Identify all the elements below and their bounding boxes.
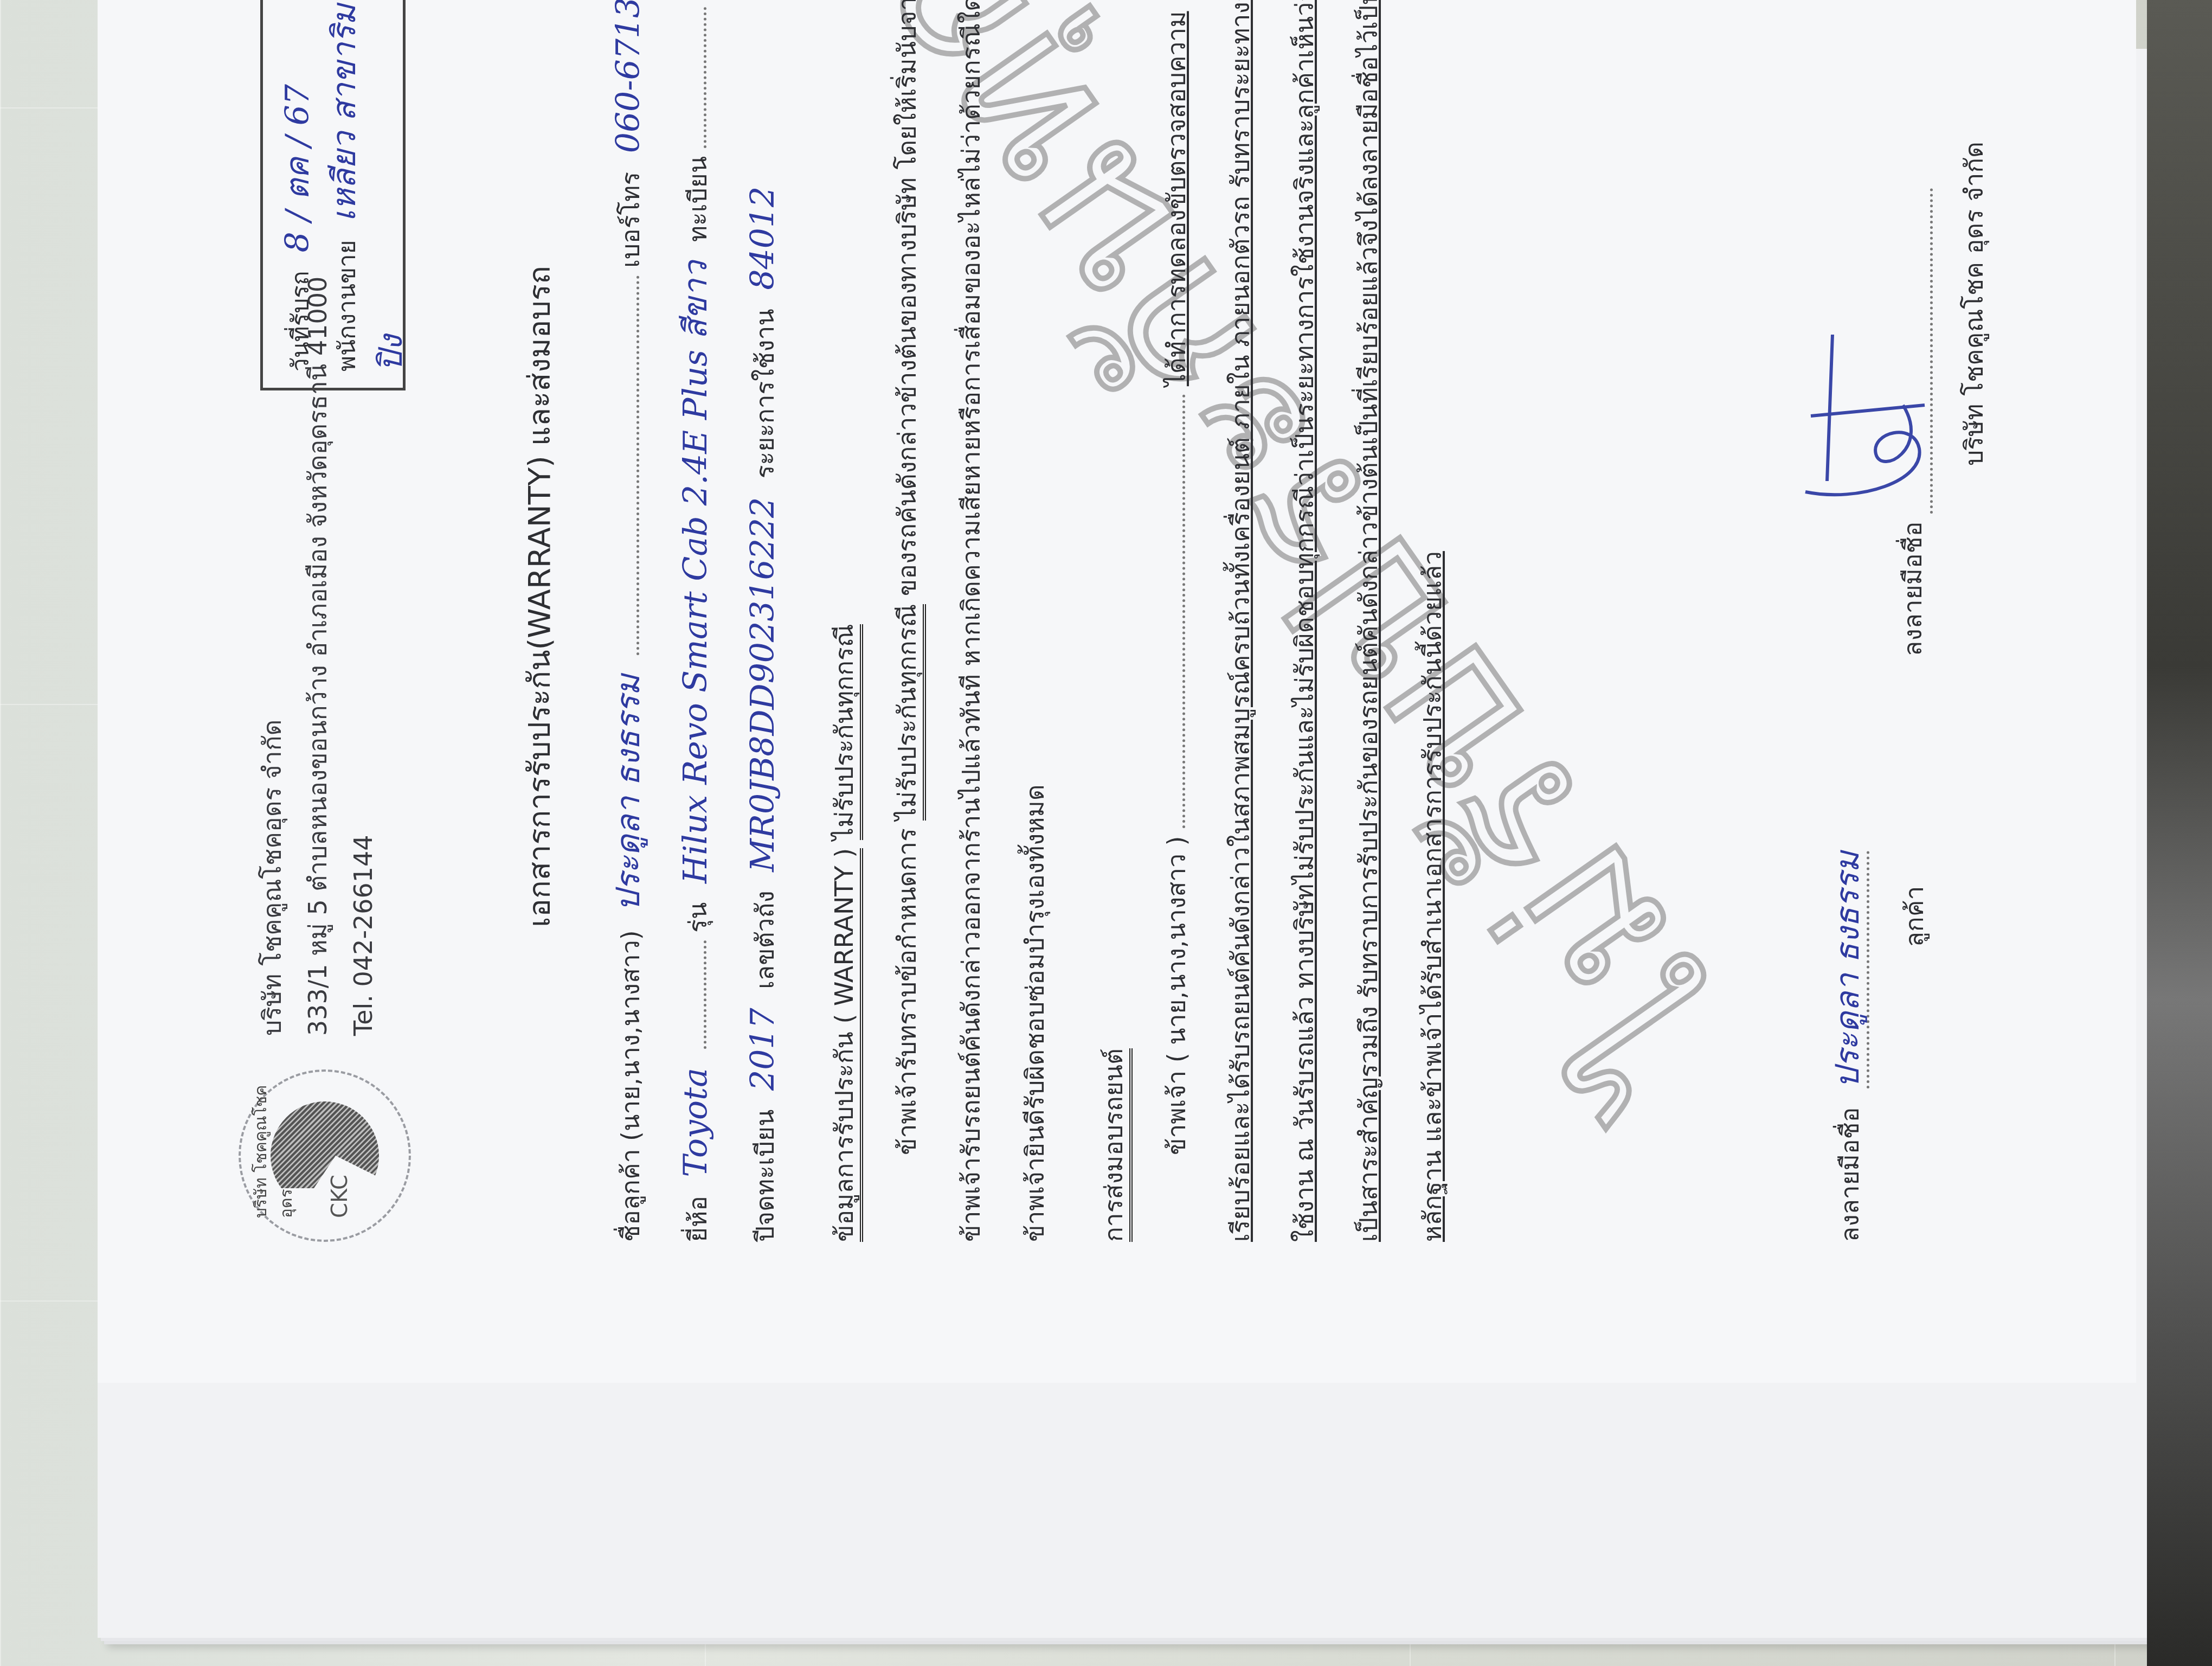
warranty-underlined-text: ไม่รับประกันทุกกรณี	[892, 604, 926, 821]
warranty-text: ข้าพเจ้ารับทราบข้อกำหนดการ	[892, 828, 922, 1155]
mileage-label: ระยะการใช้งาน	[750, 309, 780, 478]
company-signature-icon	[1822, 188, 1933, 514]
background-edge	[2147, 0, 2212, 1666]
dotted-line	[1161, 394, 1185, 828]
signature-area: ลงลายมือชื่อ ประดูลา ธงธรรม ลูกค้า ลงลาย…	[1822, 0, 2039, 1242]
model-value: Hilux Revo Smart Cab 2.4E Plus สีขาว	[677, 261, 715, 883]
customer-signature-block: ลงลายมือชื่อ ประดูลา ธงธรรม ลูกค้า	[1822, 591, 1934, 1242]
chassis-value: MR0JB8DD902316222	[744, 497, 782, 872]
company-signature-block: ลงลายมือชื่อ บริษัท โชคคูณโชค อุดร จำกัด	[1822, 0, 1994, 656]
warranty-section: ข้อมูลการรับประกัน ( WARRANTY ) ไม่รับปร…	[825, 0, 864, 1242]
warranty-paragraph: ข้าพเจ้ารับทราบข้อกำหนดการ ไม่รับประกันท…	[875, 0, 1067, 1242]
receive-date-label: วันที่รับรถ	[287, 271, 314, 371]
document-title: เอกสารการรับประกัน(WARRANTY) และส่งมอบรถ	[515, 0, 563, 1242]
customer-signature: ประดูลา ธงธรรม	[1829, 851, 1869, 1088]
model-label: รุ่น	[683, 902, 712, 933]
customer-sign-label: ลงลายมือชื่อ	[1835, 1107, 1864, 1242]
chassis-label: เลขตัวถัง	[750, 890, 780, 989]
dotted-line	[615, 275, 639, 655]
mileage-value: 84012	[744, 187, 782, 290]
customer-row: ชื่อลูกค้า (นาย,นาง,นางสาว) ประดูลา ธงธร…	[596, 0, 663, 1242]
customer-name-value: ประดูลา ธงธรรม	[609, 674, 647, 912]
salesperson-label: พนักงานขาย	[333, 240, 361, 371]
company-logo-icon: บริษัท โชคคูณโชค อุดร จำกัด CKC	[239, 1069, 411, 1242]
delivery-text: ได้ทำการทดลองขับตรวจสอบความเรียบร้อยและไ…	[1162, 0, 1447, 1242]
company-caption: บริษัท โชคคูณโชค อุดร จำกัด	[1954, 0, 1994, 656]
warranty-document: ไม่รับประกันทุกกรณี บริษัท โชคคูณโชค อุด…	[98, 0, 2136, 1383]
warranty-heading: ข้อมูลการรับประกัน ( WARRANTY )	[829, 848, 863, 1242]
dotted-line	[682, 940, 706, 1049]
warranty-heading-note: ไม่รับประกันทุกกรณี	[829, 624, 863, 841]
company-sign-label: ลงลายมือชื่อ	[1898, 522, 1927, 656]
delivery-heading: การส่งมอบรถยนต์	[1099, 1048, 1133, 1242]
delivery-section: การส่งมอบรถยนต์	[1094, 0, 1134, 1242]
logo-initials: CKC	[327, 1175, 352, 1218]
receive-date-box: วันที่รับรถ 8 / ตค / 67 พนักงานขาย เหลีย…	[260, 0, 406, 390]
delivery-name-label: ข้าพเจ้า ( นาย,นาง,นางสาว )	[1162, 836, 1191, 1155]
delivery-paragraph: ข้าพเจ้า ( นาย,นาง,นางสาว ) ได้ทำการทดลอ…	[1144, 0, 1464, 1242]
phone-label: เบอร์โทร	[616, 172, 645, 268]
year-value: 2017	[744, 1008, 782, 1091]
document-header: บริษัท โชคคูณโชค อุดร จำกัด CKC บริษัท โ…	[228, 0, 510, 1242]
phone-value: 060-6713128	[609, 0, 647, 153]
receive-date-value: 8 / ตค / 67	[279, 84, 317, 252]
brand-label: ยี่ห้อ	[683, 1196, 712, 1242]
registration-row: ปีจดทะเบียน 2017 เลขตัวถัง MR0JB8DD90231…	[730, 0, 798, 1242]
customer-name-label: ชื่อลูกค้า (นาย,นาง,นางสาว)	[616, 930, 645, 1242]
customer-caption: ลูกค้า	[1895, 591, 1934, 1242]
year-label: ปีจดทะเบียน	[750, 1110, 780, 1242]
plate-value	[682, 7, 706, 148]
brand-value: Toyota	[677, 1068, 715, 1177]
vehicle-row: ยี่ห้อ Toyota รุ่น Hilux Revo Smart Cab …	[663, 0, 730, 1242]
plate-label: ทะเบียน	[683, 156, 712, 242]
